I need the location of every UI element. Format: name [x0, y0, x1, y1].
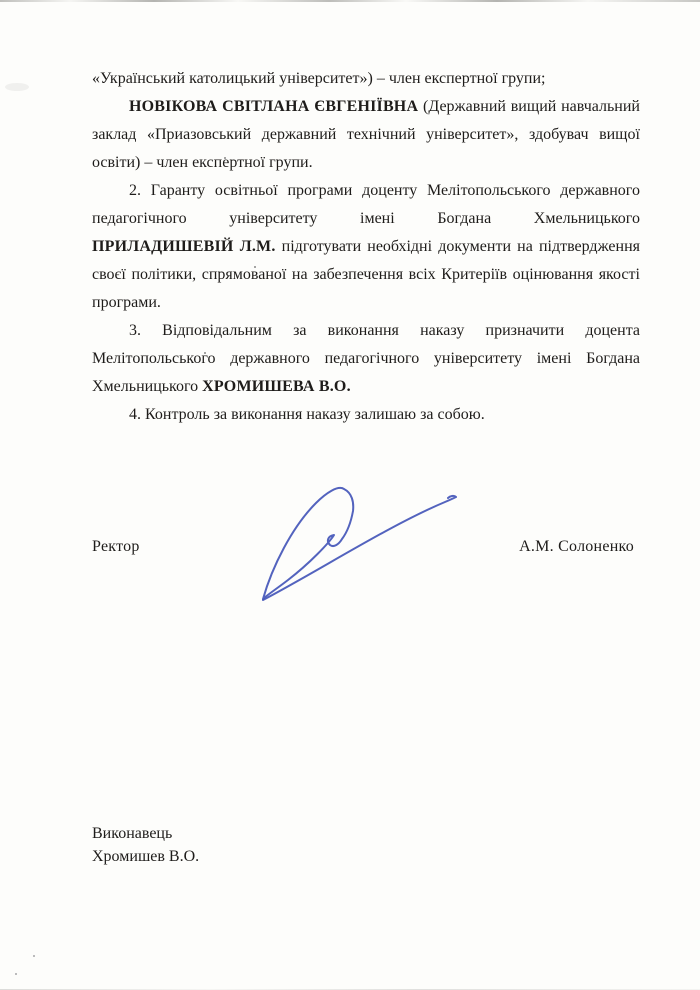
text-segment: програми. [92, 294, 161, 311]
word: педагогічного [92, 205, 187, 233]
scan-edge-top-artifact [0, 0, 700, 2]
scan-smudge-artifact [5, 83, 29, 91]
word: вищої [599, 121, 640, 149]
word: забезпечення [313, 261, 403, 289]
word: якості [599, 261, 640, 289]
word: документи [438, 233, 511, 261]
scan-ink-dot-artifact [204, 352, 206, 354]
word: підготувати [282, 233, 361, 261]
word: державний [262, 121, 337, 149]
word: СВІТЛАНА [222, 93, 309, 121]
word: Відповідальним [162, 317, 272, 345]
word: Мелітопольського [92, 345, 215, 373]
word: державного [230, 345, 310, 373]
text-line: 3.Відповідальнимзавиконаннянаказупризнач… [92, 317, 640, 345]
word: політики, [131, 261, 196, 289]
word: доценту [362, 177, 417, 205]
word: 2. [129, 177, 141, 205]
scan-speck-artifact [33, 955, 35, 957]
word: доцента [585, 317, 640, 345]
signatory-role-label: Ректор [92, 533, 140, 561]
word: на [292, 261, 308, 289]
word: 3. [129, 317, 141, 345]
text-line: 4. Контроль за виконання наказу залишаю … [92, 401, 640, 429]
text-line: Мелітопольськогодержавногопедагогічногоу… [92, 345, 640, 373]
executor-block: Виконавець Хромишев В.О. [92, 822, 199, 868]
signatory-name-label: А.М. Солоненко [519, 533, 634, 561]
text-segment: освіти) – член експертної групи. [92, 154, 313, 171]
text-line: Хмельницького ХРОМИШЕВА В.О. [92, 373, 640, 401]
word: освітньої [215, 177, 278, 205]
word: Мелітопольського [427, 177, 550, 205]
paragraph: 2.ГарантуосвітньоїпрограмидоцентуМелітоп… [92, 177, 640, 317]
word: імені [537, 345, 572, 373]
word: підтвердження [539, 233, 640, 261]
word: за [293, 317, 306, 345]
word: (Державний [423, 93, 506, 121]
word: Богдана [586, 345, 640, 373]
word: всіх [409, 261, 436, 289]
paragraph: «Український католицький університет») –… [92, 65, 640, 93]
word: призначити [486, 317, 565, 345]
scan-ink-dot-artifact [254, 266, 256, 268]
paragraph: НОВІКОВАСВІТЛАНАЄВГЕНІЇВНА(Державнийвищи… [92, 93, 640, 177]
word: педагогічного [325, 345, 420, 373]
word: ЄВГЕНІЇВНА [314, 93, 418, 121]
word: здобувач [529, 121, 589, 149]
scan-ink-dot-artifact [224, 157, 226, 159]
text-line: ПРИЛАДИШЕВІЙЛ.М.підготуватинеобхіднідоку… [92, 233, 640, 261]
word: університету [434, 345, 522, 373]
word: НОВІКОВА [129, 93, 217, 121]
text-segment: 4. Контроль за виконання наказу залишаю … [129, 406, 485, 423]
word: технічний [347, 121, 416, 149]
word: університет», [426, 121, 518, 149]
word: виконання [328, 317, 399, 345]
word: Гаранту [151, 177, 205, 205]
text-line: 2.ГарантуосвітньоїпрограмидоцентуМелітоп… [92, 177, 640, 205]
word: державного [560, 177, 640, 205]
word: ПРИЛАДИШЕВІЙ [92, 233, 234, 261]
text-segment: Хмельницького [92, 378, 202, 395]
word: Критеріїв [441, 261, 507, 289]
document-page: «Український католицький університет») –… [0, 0, 700, 990]
text-line: НОВІКОВАСВІТЛАНАЄВГЕНІЇВНА(Державнийвищи… [92, 93, 640, 121]
word: Л.М. [240, 233, 276, 261]
word: необхідні [367, 233, 432, 261]
word: наказу [420, 317, 464, 345]
word: спрямованої [202, 261, 287, 289]
scan-speck-artifact [15, 973, 17, 975]
word: вищий [511, 93, 557, 121]
word: Богдана [437, 205, 491, 233]
word: імені [360, 205, 395, 233]
word: оцінювання [513, 261, 593, 289]
text-line: «Український католицький університет») –… [92, 65, 640, 93]
text-line: освіти) – член експертної групи. [92, 149, 640, 177]
word: Хмельницького [534, 205, 640, 233]
text-line: програми. [92, 289, 640, 317]
document-body: «Український католицький університет») –… [92, 65, 640, 429]
text-segment: ХРОМИШЕВА В.О. [202, 378, 351, 395]
word: на [517, 233, 533, 261]
paragraph: 3.Відповідальнимзавиконаннянаказупризнач… [92, 317, 640, 401]
word: університету [229, 205, 317, 233]
word: навчальний [561, 93, 640, 121]
executor-name: Хромишев В.О. [92, 845, 199, 868]
word: «Приазовський [147, 121, 251, 149]
text-segment: «Український католицький університет») –… [92, 70, 546, 87]
word: заклад [92, 121, 136, 149]
text-line: своєїполітики,спрямованоїназабезпеченняв… [92, 261, 640, 289]
word: своєї [92, 261, 126, 289]
paragraph: 4. Контроль за виконання наказу залишаю … [92, 401, 640, 429]
word: програми [287, 177, 352, 205]
signature-ink [235, 468, 475, 618]
text-line: педагогічногоуніверситетуіменіБогданаХме… [92, 205, 640, 233]
text-line: заклад«Приазовськийдержавнийтехнічнийуні… [92, 121, 640, 149]
executor-title: Виконавець [92, 822, 199, 845]
